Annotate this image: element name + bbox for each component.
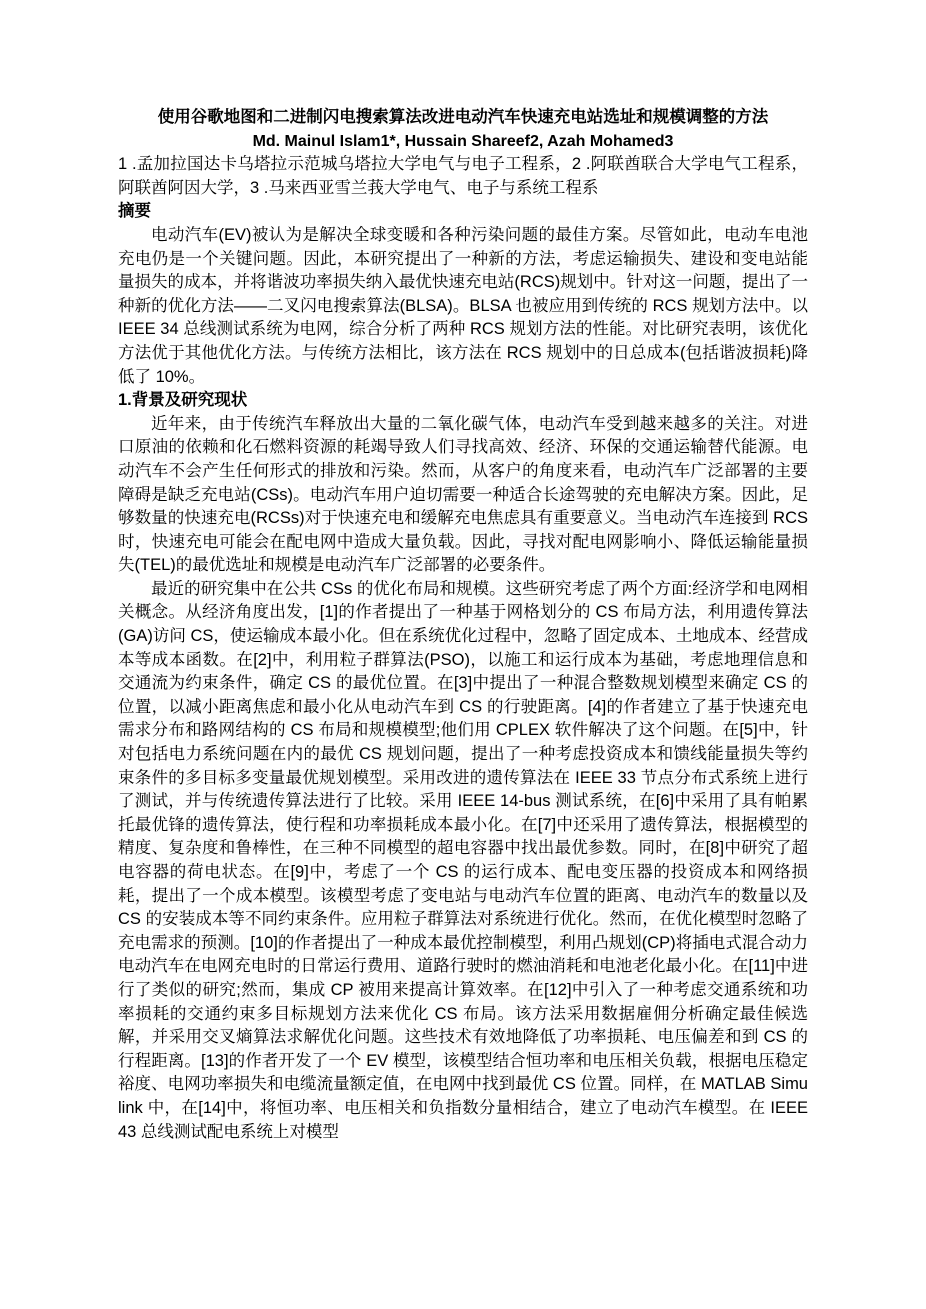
section-heading-abstract: 摘要 <box>118 200 808 224</box>
body-paragraph-2: 最近的研究集中在公共 CSs 的优化布局和规模。这些研究考虑了两个方面:经济学和… <box>118 578 808 1144</box>
paper-affiliations: 1 .孟加拉国达卡乌塔拉示范城乌塔拉大学电气与电子工程系，2 .阿联酋联合大学电… <box>118 153 808 200</box>
paper-authors: Md. Mainul Islam1*, Hussain Shareef2, Az… <box>118 130 808 154</box>
paper-page: 使用谷歌地图和二进制闪电搜索算法改进电动汽车快速充电站选址和规模调整的方法 Md… <box>0 0 926 1309</box>
paper-title: 使用谷歌地图和二进制闪电搜索算法改进电动汽车快速充电站选址和规模调整的方法 <box>118 106 808 130</box>
abstract-paragraph: 电动汽车(EV)被认为是解决全球变暖和各种污染问题的最佳方案。尽管如此，电动车电… <box>118 224 808 389</box>
body-paragraph-1: 近年来，由于传统汽车释放出大量的二氧化碳气体，电动汽车受到越来越多的关注。对进口… <box>118 413 808 578</box>
section-heading-background: 1.背景及研究现状 <box>118 389 808 413</box>
